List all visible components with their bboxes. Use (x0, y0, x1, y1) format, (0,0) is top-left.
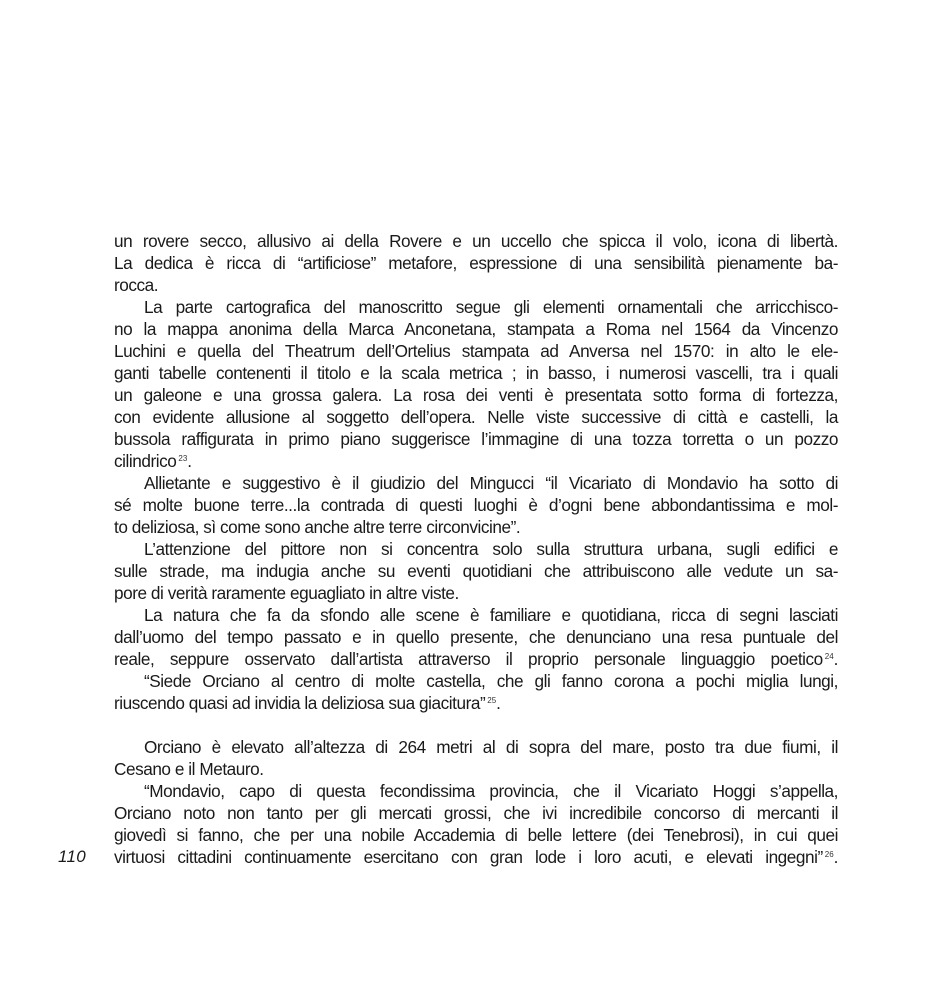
line-text: un galeone e una grossa galera. La rosa … (114, 385, 838, 405)
footnote-marker[interactable]: 26 (825, 850, 834, 859)
body-text: un rovere secco, allusivo ai della Rover… (114, 230, 838, 868)
line-text: reale, seppure osservato dall’artista at… (114, 649, 823, 669)
line-text: Orciano noto non tanto per gli mercati g… (114, 803, 838, 823)
footnote-marker[interactable]: 23 (178, 454, 187, 463)
text-line: riuscendo quasi ad invidia la deliziosa … (114, 692, 838, 714)
line-text: to deliziosa, sì come sono anche altre t… (114, 517, 520, 537)
line-text: “Mondavio, capo di questa fecondissima p… (144, 781, 838, 801)
text-line: La natura che fa da sfondo alle scene è … (114, 604, 838, 626)
line-text: sé molte buone terre...la contrada di qu… (114, 495, 838, 515)
text-line: L’attenzione del pittore non si concentr… (114, 538, 838, 560)
line-text: con evidente allusione al soggetto dell’… (114, 407, 838, 427)
book-page: un rovere secco, allusivo ai della Rover… (0, 0, 942, 1000)
line-text: “Siede Orciano al centro di molte castel… (144, 671, 838, 691)
line-text: giovedì si fanno, che per una nobile Acc… (114, 825, 838, 845)
line-text: L’attenzione del pittore non si concentr… (144, 539, 838, 559)
text-line: bussola raffigurata in primo piano sugge… (114, 428, 838, 450)
line-text: dall’uomo del tempo passato e in quello … (114, 627, 838, 647)
text-line: con evidente allusione al soggetto dell’… (114, 406, 838, 428)
text-line: un galeone e una grossa galera. La rosa … (114, 384, 838, 406)
footnote-marker[interactable]: 24 (825, 652, 834, 661)
text-line: virtuosi cittadini continuamente esercit… (114, 846, 838, 868)
line-text: Orciano è elevato all’altezza di 264 met… (144, 737, 838, 757)
text-line: Allietante e suggestivo è il giudizio de… (114, 472, 838, 494)
paragraph-spacer (114, 714, 838, 736)
text-line: no la mappa anonima della Marca Anconeta… (114, 318, 838, 340)
line-text: un rovere secco, allusivo ai della Rover… (114, 231, 838, 251)
line-text: no la mappa anonima della Marca Anconeta… (114, 319, 838, 339)
text-line: Orciano è elevato all’altezza di 264 met… (114, 736, 838, 758)
text-line: pore di verità raramente eguagliato in a… (114, 582, 838, 604)
text-line: to deliziosa, sì come sono anche altre t… (114, 516, 838, 538)
line-text: La parte cartografica del manoscritto se… (144, 297, 838, 317)
line-text: sulle strade, ma indugia anche su eventi… (114, 561, 838, 581)
text-line: sé molte buone terre...la contrada di qu… (114, 494, 838, 516)
line-text: bussola raffigurata in primo piano sugge… (114, 429, 838, 449)
text-line: cilindrico23. (114, 450, 838, 472)
line-punctuation: . (834, 649, 838, 669)
text-line: Cesano e il Metauro. (114, 758, 838, 780)
text-line: “Mondavio, capo di questa fecondissima p… (114, 780, 838, 802)
text-line: Luchini e quella del Theatrum dell’Ortel… (114, 340, 838, 362)
line-text: Cesano e il Metauro. (114, 759, 264, 779)
line-text: virtuosi cittadini continuamente esercit… (114, 847, 823, 867)
text-line: Orciano noto non tanto per gli mercati g… (114, 802, 838, 824)
line-punctuation: . (187, 451, 191, 471)
footnote-marker[interactable]: 25 (487, 696, 496, 705)
text-line: “Siede Orciano al centro di molte castel… (114, 670, 838, 692)
text-line: ganti tabelle contenenti il titolo e la … (114, 362, 838, 384)
text-line: La dedica è ricca di “artificiose” metaf… (114, 252, 838, 274)
line-punctuation: . (834, 847, 838, 867)
line-text: Allietante e suggestivo è il giudizio de… (144, 473, 838, 493)
line-text: riuscendo quasi ad invidia la deliziosa … (114, 693, 485, 713)
text-line: rocca. (114, 274, 838, 296)
line-text: La natura che fa da sfondo alle scene è … (144, 605, 838, 625)
line-text: ganti tabelle contenenti il titolo e la … (114, 363, 838, 383)
text-line: La parte cartografica del manoscritto se… (114, 296, 838, 318)
line-punctuation: . (496, 693, 500, 713)
page-number: 110 (58, 846, 86, 868)
line-text: rocca. (114, 275, 158, 295)
line-text: La dedica è ricca di “artificiose” metaf… (114, 253, 838, 273)
text-line: reale, seppure osservato dall’artista at… (114, 648, 838, 670)
text-line: un rovere secco, allusivo ai della Rover… (114, 230, 838, 252)
line-text: pore di verità raramente eguagliato in a… (114, 583, 459, 603)
line-text: Luchini e quella del Theatrum dell’Ortel… (114, 341, 838, 361)
text-line: sulle strade, ma indugia anche su eventi… (114, 560, 838, 582)
line-text: cilindrico (114, 451, 176, 471)
text-line: dall’uomo del tempo passato e in quello … (114, 626, 838, 648)
text-line: giovedì si fanno, che per una nobile Acc… (114, 824, 838, 846)
